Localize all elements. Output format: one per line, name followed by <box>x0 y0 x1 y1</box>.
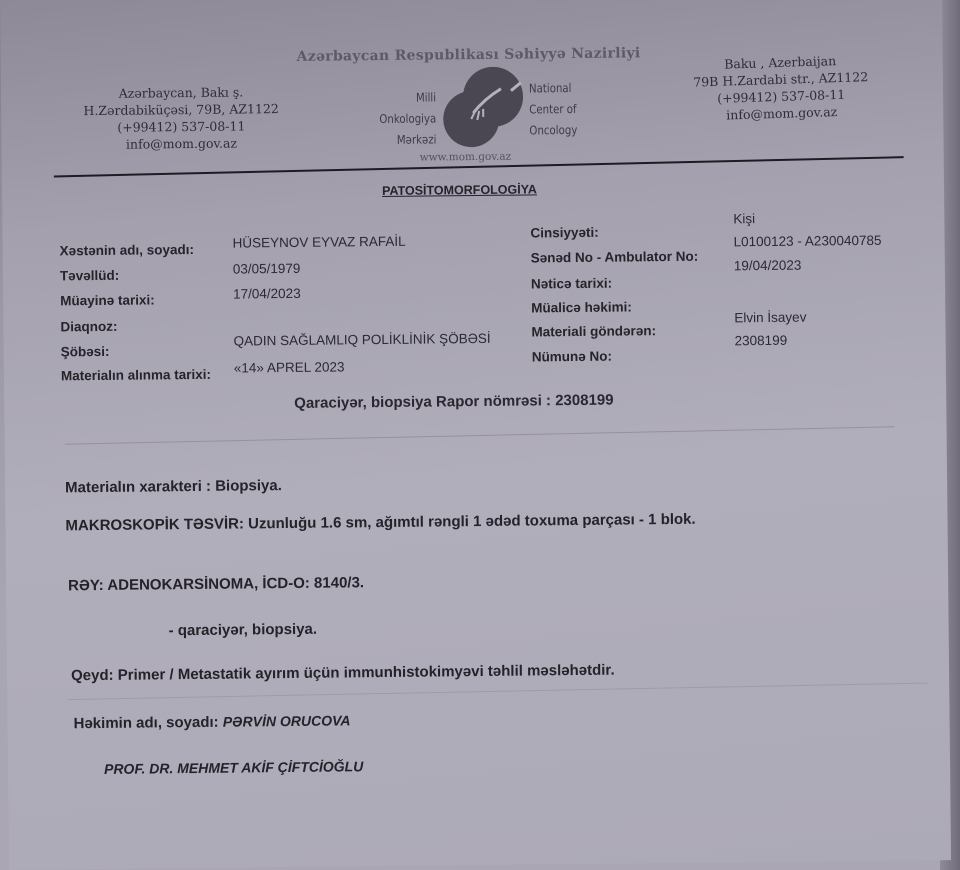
document-number-row: Sənəd No - Ambulator No: L0100123 - A230… <box>531 249 699 266</box>
ministry-title: Azərbaycan Respublikası Səhiyyə Nazirliy… <box>297 45 641 65</box>
field-value: 17/04/2023 <box>233 286 301 302</box>
field-value: HÜSEYNOV EYVAZ RAFAİL <box>232 234 405 251</box>
gender-row: Cinsiyyəti: Kişi <box>530 225 598 241</box>
exam-date-row: Müayinə tarixi: 17/04/2023 <box>60 292 155 308</box>
field-value: «14» APREL 2023 <box>234 359 345 375</box>
note: Qeyd: Primer / Metastatik ayırım üçün im… <box>71 662 615 685</box>
logo-az-line: Milli <box>368 87 436 109</box>
field-label: Nəticə tarixi: <box>531 276 612 292</box>
macroscopic-description: MAKROSKOPİK TƏSVİR: Uzunluğu 1.6 sm, ağı… <box>65 511 695 535</box>
report-title: Qaraciyər, biopsiya Rapor nömrəsi : 2308… <box>294 392 614 412</box>
logo-en-line: Oncology <box>529 120 614 142</box>
address-az: Azərbaycan, Bakı ş. H.Zərdabiküçəsi, 79B… <box>71 83 292 153</box>
address-az-line: H.Zərdabiküçəsi, 79B, AZ1122 <box>71 100 291 119</box>
logo-az-line: Onkologiya <box>368 108 436 130</box>
sample-number-row: Nümunə No: 2308199 <box>532 349 612 365</box>
logo-en-line: National <box>529 78 614 100</box>
sample-date-row: Materialın alınma tarixi: «14» APREL 202… <box>61 367 211 384</box>
website-link[interactable]: www.mom.gov.az <box>420 151 512 164</box>
logo-text-az: Milli Onkologiya Mərkəzi <box>368 87 437 151</box>
field-value: 2308199 <box>735 333 788 349</box>
doctor-label: Həkimin adı, soyadı: <box>73 714 218 733</box>
section-title: PATOSİTOMORFOLOGİYA <box>382 182 537 198</box>
field-label: Sənəd No - Ambulator No: <box>531 249 699 266</box>
department-row: Şöbəsi: QADIN SAĞLAMLIQ POLİKLİNİK ŞÖBƏS… <box>61 344 110 360</box>
logo-az-line: Mərkəzi <box>368 129 436 151</box>
field-value: L0100123 - A230040785 <box>733 233 881 250</box>
opinion: RƏY: ADENOKARSİNOMA, İCD-O: 8140/3. <box>68 574 364 594</box>
field-value: 19/04/2023 <box>734 258 802 274</box>
doctor-signature-row: Həkimin adı, soyadı: PƏRVİN ORUCOVA <box>73 712 350 732</box>
divider <box>65 426 895 444</box>
result-date-row: Nəticə tarixi: 19/04/2023 <box>531 276 612 292</box>
diagnosis-row: Diaqnoz: <box>60 319 117 335</box>
birthdate-row: Təvəllüd: 03/05/1979 <box>60 268 119 284</box>
divider <box>67 683 927 701</box>
hands-circle-logo-icon <box>441 66 530 149</box>
address-az-email: info@mom.gov.az <box>71 134 291 153</box>
field-label: Müayinə tarixi: <box>60 292 155 308</box>
field-label: Cinsiyyəti: <box>530 225 598 241</box>
opinion-site: - qaraciyər, biopsiya. <box>169 621 318 640</box>
field-label: Şöbəsi: <box>61 344 110 360</box>
sender-row: Materiali göndərən: Elvin İsayev <box>531 323 656 339</box>
field-label: Diaqnoz: <box>60 319 117 335</box>
address-en: Baku , Azerbaijan 79B H.Zardabi str., AZ… <box>680 51 882 125</box>
field-label: Xəstənin adı, soyadı: <box>60 242 194 258</box>
material-character: Materialın xarakteri : Biopsiya. <box>65 477 282 496</box>
field-label: Materiali göndərən: <box>531 323 656 339</box>
doctor-name: PƏRVİN ORUCOVA <box>223 712 351 729</box>
field-value: QADIN SAĞLAMLIQ POLİKLİNİK ŞÖBƏSİ <box>234 331 491 349</box>
field-value: 03/05/1979 <box>233 261 301 277</box>
field-value: Kişi <box>733 211 755 226</box>
field-label: Təvəllüd: <box>60 268 119 284</box>
field-value: Elvin İsayev <box>734 310 806 326</box>
logo-text-en: National Center of Oncology <box>529 78 615 142</box>
document-page: Azərbaycan Respublikası Səhiyyə Nazirliy… <box>0 0 951 870</box>
professor-name: PROF. DR. MEHMET AKİF ÇİFTCİOĞLU <box>104 758 363 777</box>
field-label: Nümunə No: <box>532 349 612 365</box>
field-label: Müalicə həkimi: <box>531 299 632 315</box>
field-label: Materialın alınma tarixi: <box>61 367 211 384</box>
logo-en-line: Center of <box>529 99 614 121</box>
treating-doctor-row: Müalicə həkimi: <box>531 299 632 315</box>
patient-name-row: Xəstənin adı, soyadı: HÜSEYNOV EYVAZ RAF… <box>60 242 194 258</box>
